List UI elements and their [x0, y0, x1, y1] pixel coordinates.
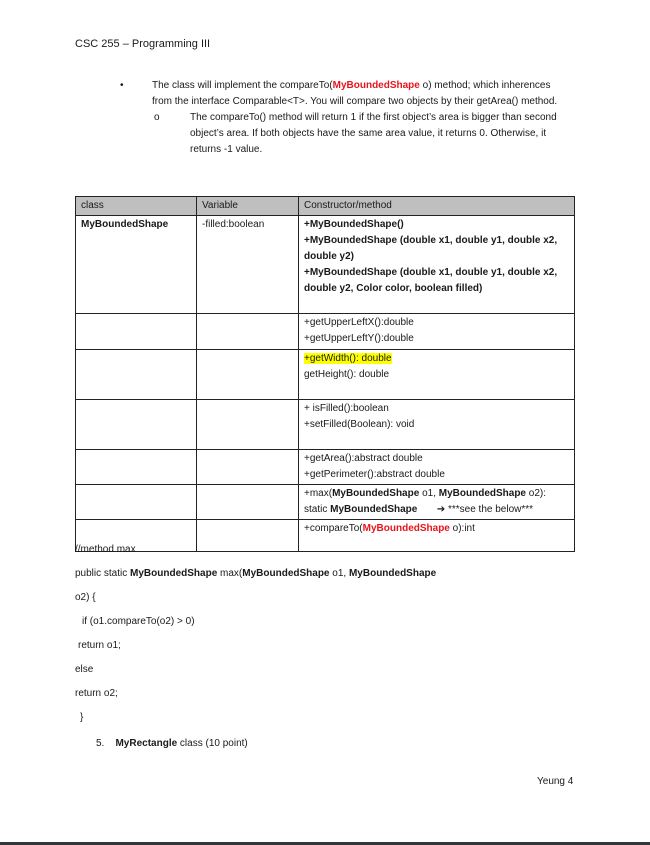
page-number: Yeung 4 — [537, 776, 573, 787]
requirements-list: • The class will implement the compareTo… — [116, 78, 566, 158]
class-name: MyBoundedShape — [81, 219, 168, 230]
header-class: class — [76, 197, 197, 216]
code-signature-cont: o2) { — [75, 591, 436, 615]
uml-class-table: class Variable Constructor/method MyBoun… — [75, 196, 575, 552]
code-block: //method max public static MyBoundedShap… — [75, 543, 436, 735]
code-return2: return o2; — [75, 687, 436, 711]
table-header-row: class Variable Constructor/method — [76, 197, 575, 216]
sub-bullet-item: o The compareTo() method will return 1 i… — [152, 110, 566, 158]
sub-bullet-text: The compareTo() method will return 1 if … — [190, 110, 566, 158]
arrow-icon: ➔ ***see the below*** — [437, 504, 533, 515]
constructors: +MyBoundedShape() +MyBoundedShape (doubl… — [299, 216, 575, 314]
bullet-item: • The class will implement the compareTo… — [116, 78, 566, 110]
numbered-item: 5. MyRectangle class (10 point) — [96, 738, 248, 749]
document-header: CSC 255 – Programming III — [75, 38, 210, 50]
table-row: +getWidth(): doublegetHeight(): double — [76, 350, 575, 400]
header-variable: Variable — [197, 197, 299, 216]
code-else: else — [75, 663, 436, 687]
upper-left-methods: +getUpperLeftX():double+getUpperLeftY():… — [299, 314, 575, 350]
code-close: } — [75, 711, 436, 735]
area-methods: +getArea():abstract double+getPerimeter(… — [299, 450, 575, 485]
table-row: +getArea():abstract double+getPerimeter(… — [76, 450, 575, 485]
table-row: + isFilled():boolean+setFilled(Boolean):… — [76, 400, 575, 450]
size-methods: +getWidth(): doublegetHeight(): double — [299, 350, 575, 400]
header-method: Constructor/method — [299, 197, 575, 216]
max-method: +max(MyBoundedShape o1, MyBoundedShape o… — [299, 485, 575, 520]
code-comment: //method max — [75, 543, 436, 567]
circle-bullet-icon: o — [152, 110, 190, 158]
bullet-text: The class will implement the compareTo(M… — [152, 78, 566, 110]
bullet-icon: • — [116, 78, 152, 110]
code-return1: return o1; — [75, 639, 436, 663]
variable: -filled:boolean — [197, 216, 299, 314]
table-row: +max(MyBoundedShape o1, MyBoundedShape o… — [76, 485, 575, 520]
code-signature: public static MyBoundedShape max(MyBound… — [75, 567, 436, 591]
highlighted-method: +getWidth(): double — [304, 353, 392, 364]
table-row: MyBoundedShape -filled:boolean +MyBounde… — [76, 216, 575, 314]
code-if: if (o1.compareTo(o2) > 0) — [75, 615, 436, 639]
table-row: +getUpperLeftX():double+getUpperLeftY():… — [76, 314, 575, 350]
filled-methods: + isFilled():boolean+setFilled(Boolean):… — [299, 400, 575, 450]
